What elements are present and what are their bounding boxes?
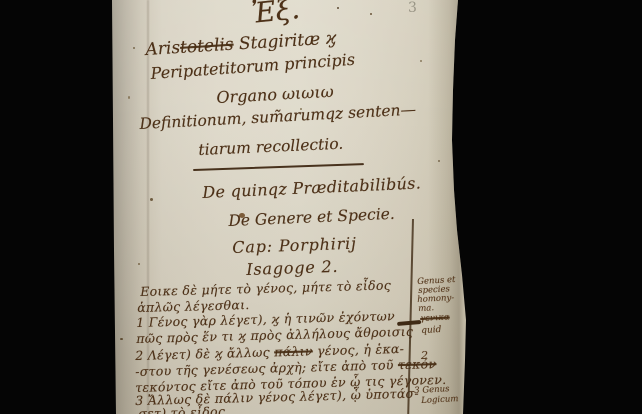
margin-note-genus-logicum-2: Logicum bbox=[421, 394, 459, 406]
title-line-1-pre: Aris bbox=[145, 38, 181, 60]
folio-number: 3 bbox=[408, 0, 417, 16]
margin-note-quid: quid bbox=[421, 325, 442, 336]
greek-line-9: σετ) τὸ εἶδος. bbox=[138, 404, 230, 414]
greek-line-5-post: γένος, ἡ ἑκα- bbox=[313, 341, 405, 358]
paper-speck bbox=[120, 338, 123, 340]
paper-speck bbox=[370, 13, 372, 15]
paper-speck bbox=[133, 47, 135, 49]
margin-note-quid-struck: γενικα bbox=[420, 312, 450, 324]
title-line-1-struck: totelis bbox=[180, 35, 235, 58]
greek-line-5-struck: πάλιν bbox=[274, 343, 313, 359]
margin-note-2: 2 bbox=[421, 349, 428, 362]
manuscript-photo: 3 Ἐξ. Aristotelis Stagiritæ ϗ Peripateti… bbox=[0, 0, 642, 414]
title-ex: Ἐξ. bbox=[250, 0, 301, 30]
paper-speck bbox=[150, 198, 153, 201]
paper-speck bbox=[420, 60, 422, 62]
paper-speck bbox=[138, 263, 140, 265]
paper-speck bbox=[438, 160, 440, 162]
paper-speck bbox=[128, 96, 130, 99]
greek-line-6-struck: τεκόν bbox=[398, 356, 437, 372]
heading-isagoge: Isagoge 2. bbox=[246, 257, 339, 279]
paper-speck bbox=[337, 7, 339, 9]
